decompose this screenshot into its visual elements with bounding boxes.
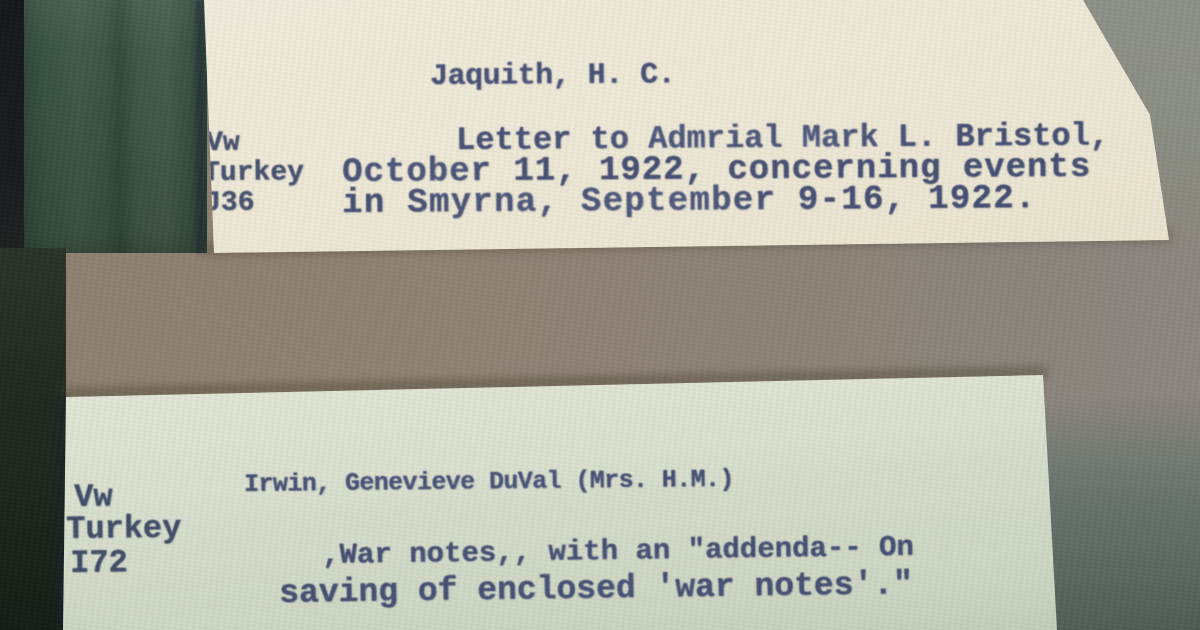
card-author-heading: Jaquith, H. C.: [430, 60, 675, 92]
catalog-cards-photo: Jaquith, H. C. Vw Turkey J36 Letter to A…: [0, 0, 1200, 630]
card-body-line: in Smyrna, September 9-16, 1922.: [342, 182, 1037, 221]
card-author-heading: Irwin, Genevieve DuVal (Mrs. H.M.): [244, 467, 734, 497]
left-dark-lower-strip: [0, 248, 66, 630]
card-body-line: saving of enclosed 'war notes'.": [279, 568, 913, 610]
call-number-line-1: Vw: [206, 130, 240, 158]
call-number-line-2: Turkey: [66, 513, 182, 546]
left-dark-edge: [0, 0, 27, 258]
call-number-line-2: Turkey: [203, 159, 304, 188]
book-spine: [24, 0, 207, 253]
call-number-line-3: J36: [204, 190, 255, 218]
card-body-line: ,War notes,, with an "addenda-- On: [322, 533, 914, 570]
call-number-line-1: Vw: [74, 482, 113, 514]
call-number-line-3: I72: [70, 547, 128, 580]
